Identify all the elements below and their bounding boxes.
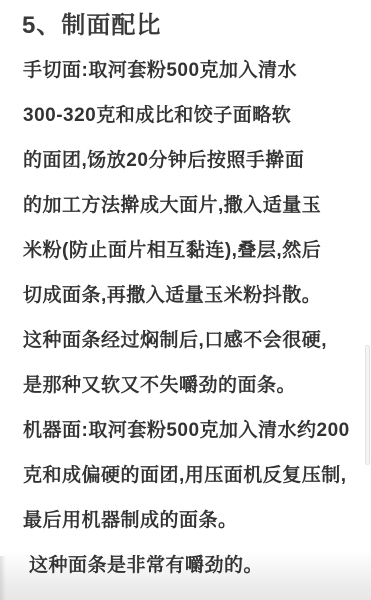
body-line: 最后用机器制成的面条。	[0, 498, 371, 543]
body-line: 手切面:取河套粉500克加入清水	[0, 48, 371, 93]
body-line: 是那种又软又不失嚼劲的面条。	[0, 363, 371, 408]
document-page: 5、制面配比 手切面:取河套粉500克加入清水 300-320克和成比和饺子面略…	[0, 0, 371, 600]
body-line: 的面团,饧放20分钟后按照手擀面	[0, 138, 371, 183]
body-line: 的加工方法擀成大面片,撒入适量玉	[0, 183, 371, 228]
body-line: 机器面:取河套粉500克加入清水约200	[0, 408, 371, 453]
scrollbar-thumb[interactable]	[365, 345, 370, 465]
document-content: 5、制面配比 手切面:取河套粉500克加入清水 300-320克和成比和饺子面略…	[0, 0, 371, 588]
body-line: 克和成偏硬的面团,用压面机反复压制,	[0, 453, 371, 498]
body-line: 300-320克和成比和饺子面略软	[0, 93, 371, 138]
body-line: 米粉(防止面片相互黏连),叠层,然后	[0, 228, 371, 273]
section-title: 5、制面配比	[0, 0, 371, 42]
body-line: 这种面条是非常有嚼劲的。	[0, 543, 371, 588]
body-line: 这种面条经过焖制后,口感不会很硬,	[0, 318, 371, 363]
body-line: 切成面条,再撒入适量玉米粉抖散。	[0, 273, 371, 318]
